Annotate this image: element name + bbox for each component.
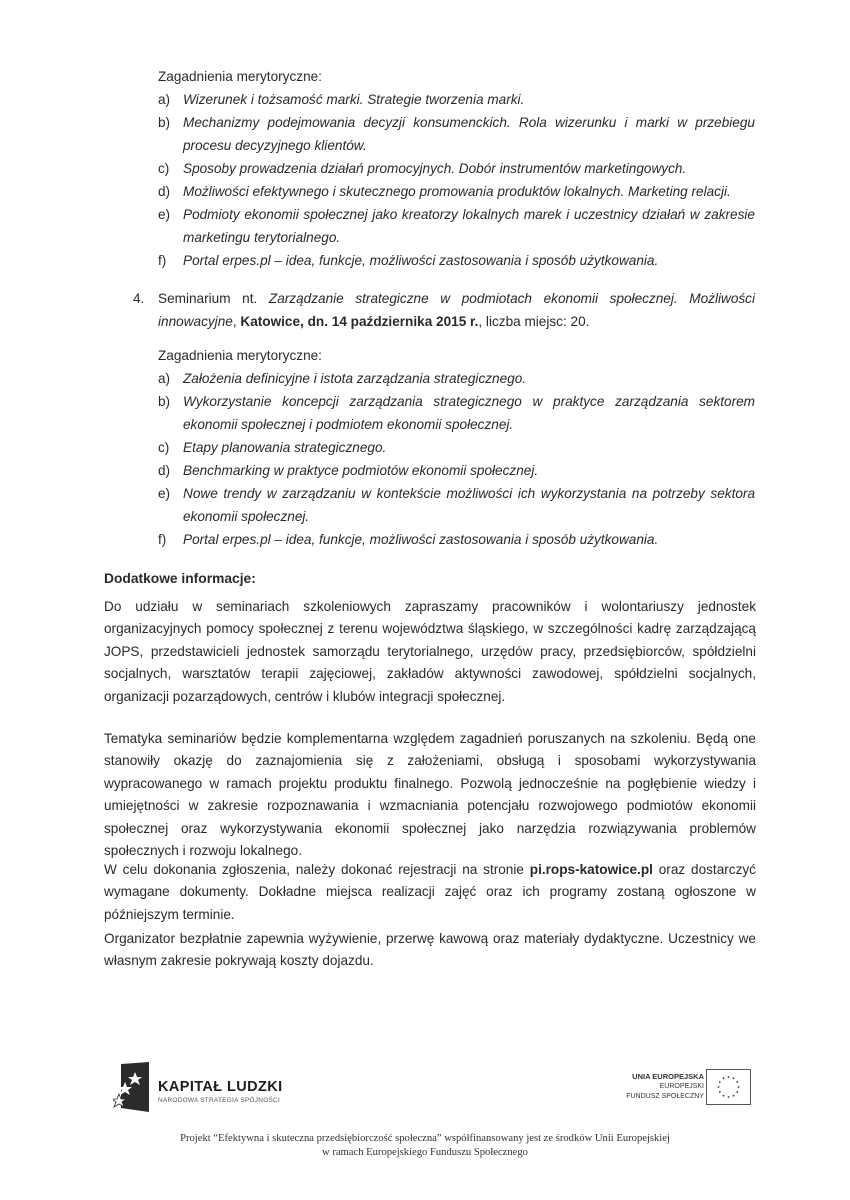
list-item: d)Możliwości efektywnego i skutecznego p… xyxy=(158,180,755,203)
additional-info-heading: Dodatkowe informacje: xyxy=(104,567,256,590)
project-footnote: Projekt “Efektywna i skuteczna przedsięb… xyxy=(0,1132,850,1160)
eu-fund-text: UNIA EUROPEJSKA EUROPEJSKI FUNDUSZ SPOŁE… xyxy=(626,1072,704,1102)
seminar-4: 4. Seminarium nt. Zarządzanie strategicz… xyxy=(133,287,755,333)
paragraph-registration: W celu dokonania zgłoszenia, należy doko… xyxy=(104,859,756,927)
seminar-description: Seminarium nt. Zarządzanie strategiczne … xyxy=(133,287,755,333)
list-item: d)Benchmarking w praktyce podmiotów ekon… xyxy=(158,459,755,482)
list-item: b)Mechanizmy podejmowania decyzji konsum… xyxy=(158,111,755,157)
list-item: c)Sposoby prowadzenia działań promocyjny… xyxy=(158,157,755,180)
paragraph-participants: Do udziału w seminariach szkoleniowych z… xyxy=(104,596,756,709)
list-item: b)Wykorzystanie koncepcji zarządzania st… xyxy=(158,390,755,436)
seminar4-topics: Zagadnienia merytoryczne: a)Założenia de… xyxy=(158,344,755,551)
seminar-number: 4. xyxy=(133,287,144,310)
list-item: e)Podmioty ekonomii społecznej jako krea… xyxy=(158,203,755,249)
topics-list: a)Wizerunek i tożsamość marki. Strategie… xyxy=(158,88,755,272)
section3-topics: Zagadnienia merytoryczne: a)Wizerunek i … xyxy=(158,65,755,272)
list-item: f)Portal erpes.pl – idea, funkcje, możli… xyxy=(158,528,755,551)
paragraph-topics: Tematyka seminariów będzie komplementarn… xyxy=(104,728,756,863)
topics-heading: Zagadnienia merytoryczne: xyxy=(158,65,755,88)
paragraph-organizer: Organizator bezpłatnie zapewnia wyżywien… xyxy=(104,928,756,973)
list-item: c)Etapy planowania strategicznego. xyxy=(158,436,755,459)
registration-link[interactable]: pi.rops-katowice.pl xyxy=(530,862,653,877)
seminar-location-date: Katowice, dn. 14 października 2015 r. xyxy=(240,314,478,329)
kapital-ludzki-title: KAPITAŁ LUDZKI xyxy=(158,1079,283,1095)
seminar-seats: , liczba miejsc: 20. xyxy=(478,314,589,329)
list-item: e)Nowe trendy w zarządzaniu w kontekście… xyxy=(158,482,755,528)
kapital-ludzki-subtitle: NARODOWA STRATEGIA SPÓJNOŚCI xyxy=(158,1097,280,1104)
kapital-ludzki-logo-icon xyxy=(113,1062,153,1112)
document-page: Zagadnienia merytoryczne: a)Wizerunek i … xyxy=(0,0,850,1200)
topics-heading: Zagadnienia merytoryczne: xyxy=(158,344,755,367)
topics-list: a)Założenia definicyjne i istota zarządz… xyxy=(158,367,755,551)
list-item: a)Założenia definicyjne i istota zarządz… xyxy=(158,367,755,390)
list-item: f)Portal erpes.pl – idea, funkcje, możli… xyxy=(158,249,755,272)
eu-flag-icon xyxy=(706,1069,751,1105)
list-item: a)Wizerunek i tożsamość marki. Strategie… xyxy=(158,88,755,111)
